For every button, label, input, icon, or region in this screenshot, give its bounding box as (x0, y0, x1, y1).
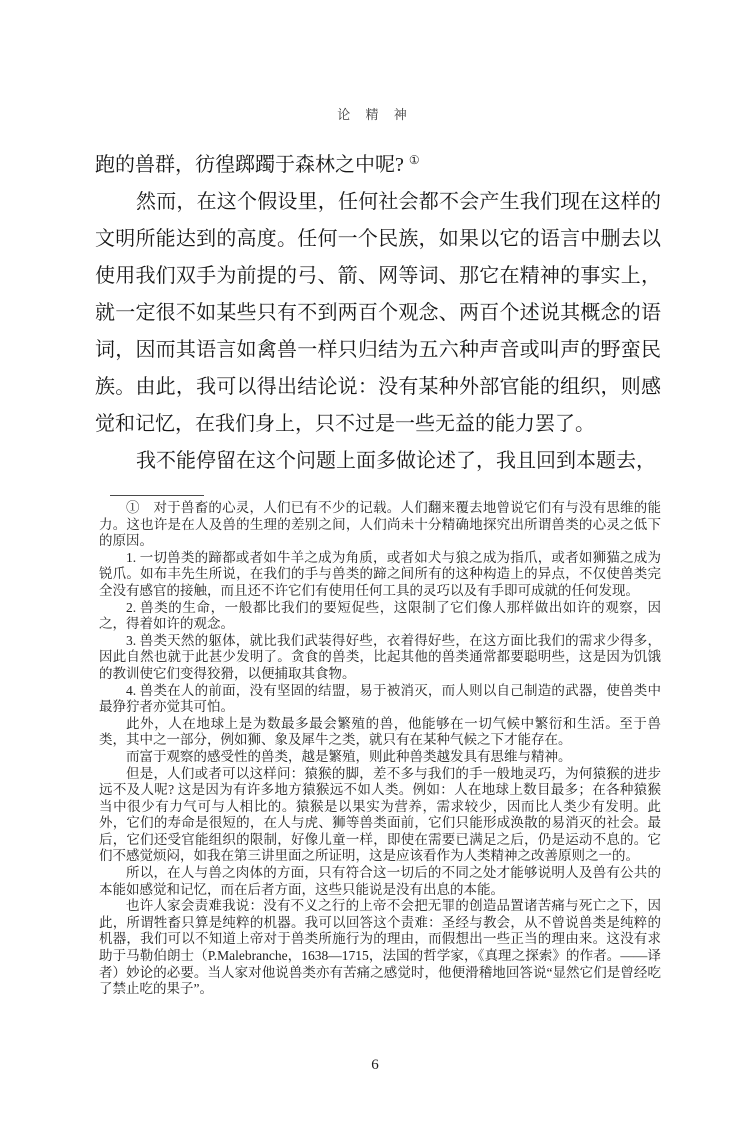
footnote-paragraph: 此外，人在地球上是为数最多最会繁殖的兽，他能够在一切气候中繁衍和生活。至于兽类，… (99, 716, 661, 749)
footnote-paragraph: 所以，在人与兽之肉体的方面，只有符合这一切后的不同之处才能够说明人及兽有公共的本… (99, 865, 661, 898)
footnote-paragraph: 2. 兽类的生命，一般都比我们的要短促些，这限制了它们像人那样做出如许的观察，因… (99, 600, 661, 633)
paragraph-text: 跑的兽群，彷徨踯躅于森林之中呢? (95, 154, 404, 176)
footnote-paragraph: 而富于观察的感受性的兽类，越是繁殖，则此种兽类越发具有思维与精神。 (99, 749, 661, 766)
footnote-paragraph: ① 对于兽畜的心灵，人们已有不少的记载。人们翻来覆去地曾说它们有与没有思维的能力… (99, 500, 661, 550)
running-header: 论 精 神 (0, 0, 750, 123)
paragraph: 然而，在这个假设里，任何社会都不会产生我们现在这样的文明所能达到的高度。任何一个… (95, 184, 661, 443)
footnote-paragraph: 3. 兽类天然的躯体，就比我们武装得好些，衣着得好些，在这方面比我们的需求少得多… (99, 633, 661, 683)
footnote-paragraph: 但是，人们或者可以这样问：猿猴的脚，差不多与我们的手一般地灵巧，为何猿猴的进步远… (99, 766, 661, 866)
footnote-separator (110, 495, 204, 496)
paragraph: 跑的兽群，彷徨踯躅于森林之中呢?① (95, 147, 661, 184)
footnote-ref-mark: ① (409, 153, 420, 167)
book-title: 论 精 神 (337, 107, 413, 122)
paragraph: 我不能停留在这个问题上面多做论述了，我且回到本题去， (95, 443, 661, 480)
main-text: 跑的兽群，彷徨踯躅于森林之中呢?① 然而，在这个假设里，任何社会都不会产生我们现… (95, 147, 661, 480)
document-page: 论 精 神 跑的兽群，彷徨踯躅于森林之中呢?① 然而，在这个假设里，任何社会都不… (0, 0, 750, 1130)
footnotes-block: ① 对于兽畜的心灵，人们已有不少的记载。人们翻来覆去地曾说它们有与没有思维的能力… (99, 500, 661, 998)
page-number: 6 (0, 1057, 750, 1074)
footnote-paragraph: 1. 一切兽类的蹄都或者如牛羊之成为角质，或者如犬与狼之成为指爪，或者如狮猫之成… (99, 550, 661, 600)
footnote-paragraph: 4. 兽类在人的前面，没有坚固的结盟，易于被消灭，而人则以自己制造的武器，使兽类… (99, 683, 661, 716)
footnote-paragraph: 也许人家会责难我说：没有不义之行的上帝不会把无罪的创造品置诸苦痛与死亡之下，因此… (99, 898, 661, 998)
